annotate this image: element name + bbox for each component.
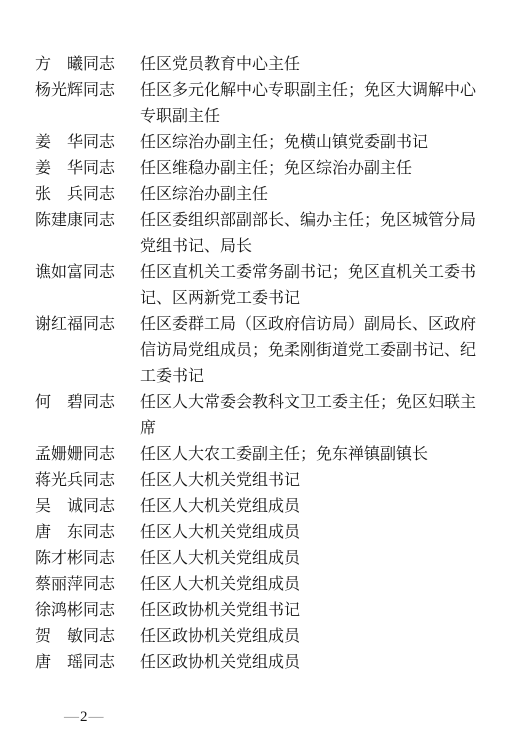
- entry-assignment: 任区政协机关党组成员: [140, 650, 478, 676]
- entry-name: 吴 诚同志: [35, 494, 140, 520]
- entry-assignment: 任区人大常委会教科文卫工委主任；免区妇联主席: [140, 390, 478, 442]
- entry-assignment: 任区政协机关党组书记: [140, 598, 478, 624]
- entry-name: 杨光辉同志: [35, 78, 140, 104]
- appointment-entry: 吴 诚同志 任区人大机关党组成员: [35, 494, 509, 520]
- entry-assignment: 任区人大机关党组成员: [140, 546, 478, 572]
- appointment-entry: 陈建康同志 任区委组织部副部长、编办主任；免区城管分局党组书记、局长: [35, 208, 509, 260]
- entry-assignment: 任区委群工局（区政府信访局）副局长、区政府信访局党组成员；免柔刚街道党工委副书记…: [140, 312, 478, 390]
- entry-name: 方 曦同志: [35, 52, 140, 78]
- page-number: 2: [79, 709, 89, 725]
- page-number-dash-left: —: [64, 709, 79, 725]
- entry-name: 唐 东同志: [35, 520, 140, 546]
- entry-name: 陈才彬同志: [35, 546, 140, 572]
- appointment-entry: 方 曦同志 任区党员教育中心主任: [35, 52, 509, 78]
- appointment-entry: 杨光辉同志 任区多元化解中心专职副主任；免区大调解中心专职副主任: [35, 78, 509, 130]
- entry-assignment: 任区人大机关党组成员: [140, 520, 478, 546]
- entry-name: 何 碧同志: [35, 390, 140, 416]
- appointment-entry: 姜 华同志 任区维稳办副主任；免区综治办副主任: [35, 156, 509, 182]
- entry-assignment: 任区直机关工委常务副书记；免区直机关工委书记、区两新党工委书记: [140, 260, 478, 312]
- appointment-entry: 贺 敏同志 任区政协机关党组成员: [35, 624, 509, 650]
- entry-name: 张 兵同志: [35, 182, 140, 208]
- appointment-entry: 孟姗姗同志 任区人大农工委副主任；免东禅镇副镇长: [35, 442, 509, 468]
- entry-assignment: 任区党员教育中心主任: [140, 52, 478, 78]
- entry-assignment: 任区多元化解中心专职副主任；免区大调解中心专职副主任: [140, 78, 478, 130]
- entry-name: 姜 华同志: [35, 130, 140, 156]
- entry-assignment: 任区人大农工委副主任；免东禅镇副镇长: [140, 442, 478, 468]
- entry-assignment: 任区人大机关党组成员: [140, 494, 478, 520]
- entry-name: 陈建康同志: [35, 208, 140, 234]
- entry-name: 唐 瑶同志: [35, 650, 140, 676]
- entry-assignment: 任区人大机关党组书记: [140, 468, 478, 494]
- page-number-dash-right: —: [89, 709, 104, 725]
- appointment-entry: 陈才彬同志 任区人大机关党组成员: [35, 546, 509, 572]
- appointment-entry: 姜 华同志 任区综治办副主任；免横山镇党委副书记: [35, 130, 509, 156]
- appointment-list: 方 曦同志 任区党员教育中心主任 杨光辉同志 任区多元化解中心专职副主任；免区大…: [0, 0, 509, 676]
- document-page: 方 曦同志 任区党员教育中心主任 杨光辉同志 任区多元化解中心专职副主任；免区大…: [0, 0, 509, 736]
- appointment-entry: 唐 瑶同志 任区政协机关党组成员: [35, 650, 509, 676]
- entry-name: 谯如富同志: [35, 260, 140, 286]
- appointment-entry: 张 兵同志 任区综治办副主任: [35, 182, 509, 208]
- page-footer: —2—: [64, 707, 104, 727]
- entry-assignment: 任区维稳办副主任；免区综治办副主任: [140, 156, 478, 182]
- entry-name: 姜 华同志: [35, 156, 140, 182]
- entry-assignment: 任区综治办副主任: [140, 182, 478, 208]
- appointment-entry: 徐鸿彬同志 任区政协机关党组书记: [35, 598, 509, 624]
- entry-name: 贺 敏同志: [35, 624, 140, 650]
- appointment-entry: 何 碧同志 任区人大常委会教科文卫工委主任；免区妇联主席: [35, 390, 509, 442]
- appointment-entry: 谢红福同志 任区委群工局（区政府信访局）副局长、区政府信访局党组成员；免柔刚街道…: [35, 312, 509, 390]
- appointment-entry: 唐 东同志 任区人大机关党组成员: [35, 520, 509, 546]
- entry-assignment: 任区综治办副主任；免横山镇党委副书记: [140, 130, 478, 156]
- entry-name: 蔡丽萍同志: [35, 572, 140, 598]
- appointment-entry: 蒋光兵同志 任区人大机关党组书记: [35, 468, 509, 494]
- appointment-entry: 谯如富同志 任区直机关工委常务副书记；免区直机关工委书记、区两新党工委书记: [35, 260, 509, 312]
- entry-name: 谢红福同志: [35, 312, 140, 338]
- entry-name: 徐鸿彬同志: [35, 598, 140, 624]
- appointment-entry: 蔡丽萍同志 任区人大机关党组成员: [35, 572, 509, 598]
- entry-assignment: 任区人大机关党组成员: [140, 572, 478, 598]
- entry-name: 蒋光兵同志: [35, 468, 140, 494]
- entry-assignment: 任区政协机关党组成员: [140, 624, 478, 650]
- entry-name: 孟姗姗同志: [35, 442, 140, 468]
- entry-assignment: 任区委组织部副部长、编办主任；免区城管分局党组书记、局长: [140, 208, 478, 260]
